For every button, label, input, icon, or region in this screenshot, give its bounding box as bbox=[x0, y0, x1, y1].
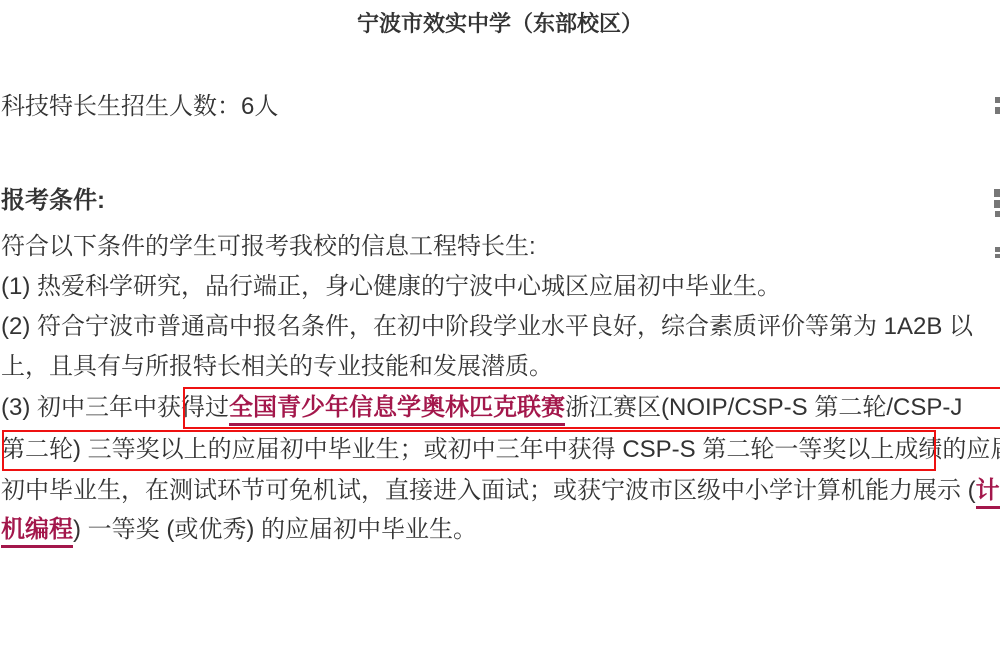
item-3-line-3-prefix: 初中毕业生，在测试环节可免机试，直接进入面试；或获宁波市区级中小学计算机能力展示… bbox=[1, 477, 976, 504]
clipped-text-fragment bbox=[995, 107, 1000, 114]
clipped-text-fragment bbox=[995, 254, 1000, 258]
clipped-text-fragment bbox=[995, 211, 1000, 217]
requirement-item-2-line-2: 上，且具有与所报特长相关的专业技能和发展潜质。 bbox=[1, 353, 553, 382]
item-3-line-1-prefix: (3) 初中三年中获得过 bbox=[1, 394, 229, 421]
requirement-item-1: (1) 热爱科学研究，品行端正，身心健康的宁波中心城区应届初中毕业生。 bbox=[1, 273, 781, 302]
quota-line: 科技特长生招生人数：6人 bbox=[1, 93, 278, 122]
requirement-item-3-line-3: 初中毕业生，在测试环节可免机试，直接进入面试；或获宁波市区级中小学计算机能力展示… bbox=[1, 477, 1000, 506]
requirements-heading: 报考条件: bbox=[1, 187, 105, 216]
link-olympiad-contest[interactable]: 全国青少年信息学奥林匹克联赛 bbox=[229, 394, 565, 426]
item-3-line-1-suffix: 浙江赛区(NOIP/CSP-S 第二轮/CSP-J bbox=[565, 394, 962, 421]
requirement-item-2-line-1: (2) 符合宁波市普通高中报名条件，在初中阶段学业水平良好，综合素质评价等第为 … bbox=[1, 313, 973, 342]
clipped-text-fragment bbox=[994, 200, 1000, 208]
clipped-text-fragment bbox=[995, 97, 1000, 103]
requirements-intro: 符合以下条件的学生可报考我校的信息工程特长生: bbox=[1, 233, 536, 262]
page-title: 宁波市效实中学（东部校区） bbox=[0, 11, 1000, 37]
requirement-item-3-line-1: (3) 初中三年中获得过全国青少年信息学奥林匹克联赛浙江赛区(NOIP/CSP-… bbox=[1, 394, 962, 423]
link-computer-programming-part-2[interactable]: 机编程 bbox=[1, 516, 73, 548]
document-page: { "document": { "title": "宁波市效实中学（东部校区）"… bbox=[0, 0, 1000, 646]
clipped-text-fragment bbox=[994, 189, 1000, 197]
clipped-text-fragment bbox=[995, 247, 1000, 252]
item-3-line-4-suffix: ) 一等奖 (或优秀) 的应届初中毕业生。 bbox=[73, 516, 477, 543]
requirement-item-3-line-2: 第二轮) 三等奖以上的应届初中毕业生；或初中三年中获得 CSP-S 第二轮一等奖… bbox=[1, 436, 1000, 465]
requirement-item-3-line-4: 机编程) 一等奖 (或优秀) 的应届初中毕业生。 bbox=[1, 516, 477, 545]
link-computer-programming-part-1[interactable]: 计算 bbox=[976, 477, 1000, 509]
